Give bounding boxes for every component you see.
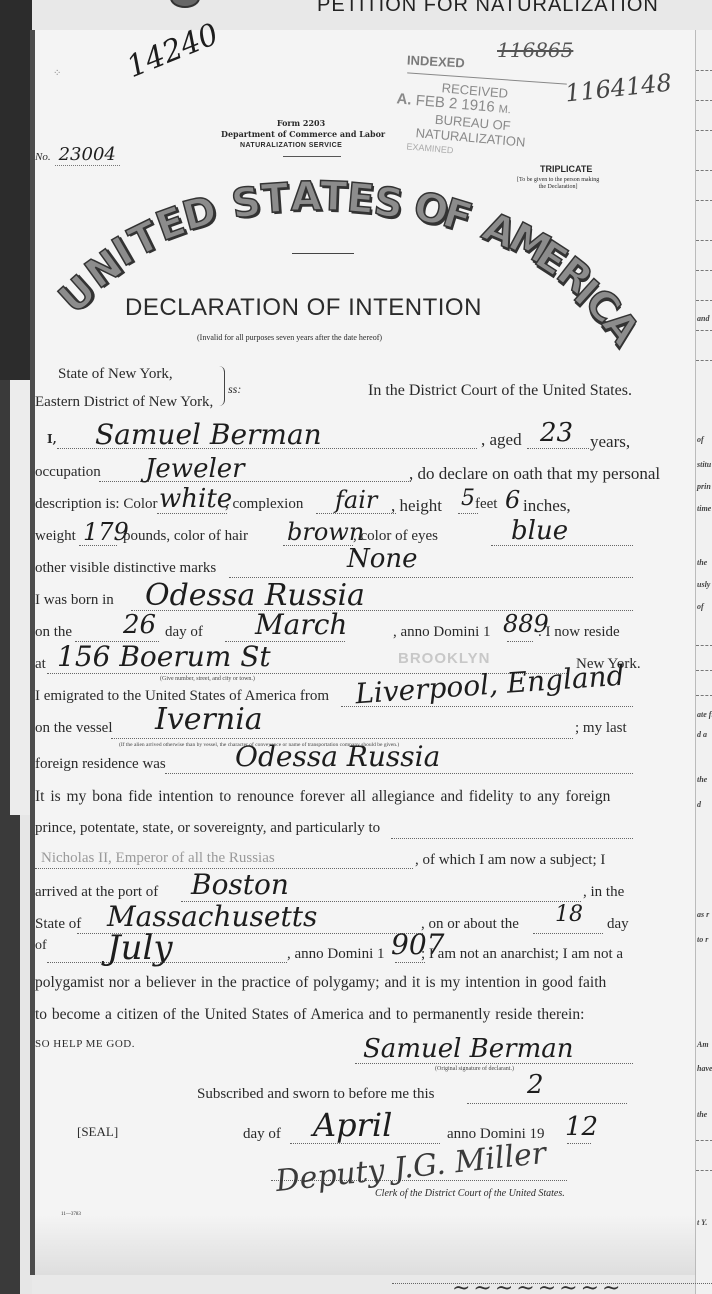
polygamist-line: polygamist nor a believer in the practic… [35,974,606,992]
height-inches-value: 6 [505,486,520,514]
arrived-label: arrived at the port of [35,884,158,901]
subheading: (Invalid for all purposes seven years af… [197,333,382,342]
declare-text: , do declare on oath that my personal [409,464,660,484]
arrival-day-value: 18 [555,902,583,927]
in-the-label: , in the [583,884,624,901]
reside-label: . I now reside [538,624,620,641]
years-label: years, [590,432,630,452]
complexion-label: , complexion [225,496,303,513]
eyes-value: blue [511,516,568,546]
sovereign-value: Nicholas II, Emperor of all the Russias [41,850,275,867]
so-help-me-god: SO HELP ME GOD. [35,1038,135,1050]
arched-heading: U N I T E D S T A T E S O F A M E R I C … [35,30,700,330]
binding-shadow-bottom [0,815,20,1294]
born-label: I was born in [35,592,114,609]
aged-label: , aged [481,430,522,450]
weight-value: 179 [83,518,129,546]
occupation-label: occupation [35,464,101,481]
description-label: description is: Color [35,496,158,513]
signature-caption: (Original signature of declarant.) [435,1066,514,1072]
birth-month-value: March [255,608,347,641]
petition-title: PETITION FOR NATURALIZATION [317,0,659,17]
brooklyn-stamp: BROOKLYN [398,650,490,667]
residence-value: 156 Boerum St [57,640,271,673]
venue-district: Eastern District of New York, [35,394,213,411]
intent-line: It is my bona fide intention to renounce… [35,788,610,806]
age-value: 23 [540,418,573,448]
bottom-scribble: ~~~~~~~~ [452,1276,623,1294]
vessel-value: Ivernia [155,702,263,737]
prince-line: prince, potentate, state, or sovereignty… [35,820,380,837]
feet-label: feet [475,496,497,513]
last-label: ; my last [575,720,627,737]
of-label: of [35,938,47,954]
jurat-month-value: April [313,1106,392,1144]
marks-label: other visible distinctive marks [35,560,216,577]
anno-label-arrival: , anno Domini 1 [287,946,385,963]
anarchist-text: ; I am not an anarchist; I am not a [421,946,623,963]
jurat-year-value: 12 [565,1112,598,1142]
at-label: at [35,656,46,673]
by-label: By [253,1214,267,1230]
inches-label: inches, [523,496,571,516]
occupation-value: Jeweler [145,454,245,484]
ss-label: ss: [228,382,241,397]
petition-header-strip: PETITION FOR NATURALIZATION [32,0,712,30]
jurat-day-value: 2 [527,1070,544,1100]
declarant-signature: Samuel Berman [363,1034,574,1064]
declaration-form: 14240 ⁘ INDEXED 116865 1164148 RECEIVED … [30,30,695,1275]
clerk-caption: Clerk of the District Court of the Unite… [375,1188,565,1199]
foreign-label: foreign residence was [35,756,166,773]
day-of-label: day of [165,624,203,641]
i-label: I, [47,432,57,446]
declarant-name: Samuel Berman [95,418,322,451]
day-label: day [607,916,629,933]
complexion-value: fair [335,486,377,514]
seal-icon [170,0,200,8]
residence-hint: (Give number, street, and city or town.) [160,676,255,682]
main-heading: DECLARATION OF INTENTION [125,294,482,322]
print-code: 11—3783 [61,1212,81,1217]
court-name: In the District Court of the United Stat… [368,382,632,400]
state-label: State of [35,916,81,933]
binding-shadow-top [0,0,34,380]
seal-label: [SEAL] [77,1124,118,1140]
birth-day-value: 26 [123,610,156,640]
vessel-label: on the vessel [35,720,112,737]
color-value: white [159,484,232,514]
height-label: , height [391,496,442,516]
heading-rule [292,253,354,254]
foreign-residence-value: Odessa Russia [235,740,440,773]
height-feet-value: 5 [461,486,475,511]
jurat-day-of-label: day of [243,1126,281,1143]
arrival-month-value: July [107,928,173,968]
subject-text: , of which I am now a subject; I [415,852,605,869]
eyes-label: , color of eyes [353,528,438,545]
subscribed-label: Subscribed and sworn to before me this [197,1086,434,1103]
pounds-label: pounds, color of hair [123,528,248,545]
venue-bracket [219,366,225,406]
marks-value: None [347,544,418,574]
on-the-label: on the [35,624,72,641]
weight-label: weight [35,528,76,545]
deputy-label: , Deputy Clerk. [557,1214,636,1230]
venue-state: State of New York, [58,366,173,383]
port-value: Boston [191,868,289,901]
anno-label-birth: , anno Domini 1 [393,624,491,641]
citizen-line: to become a citizen of the United States… [35,1006,584,1024]
